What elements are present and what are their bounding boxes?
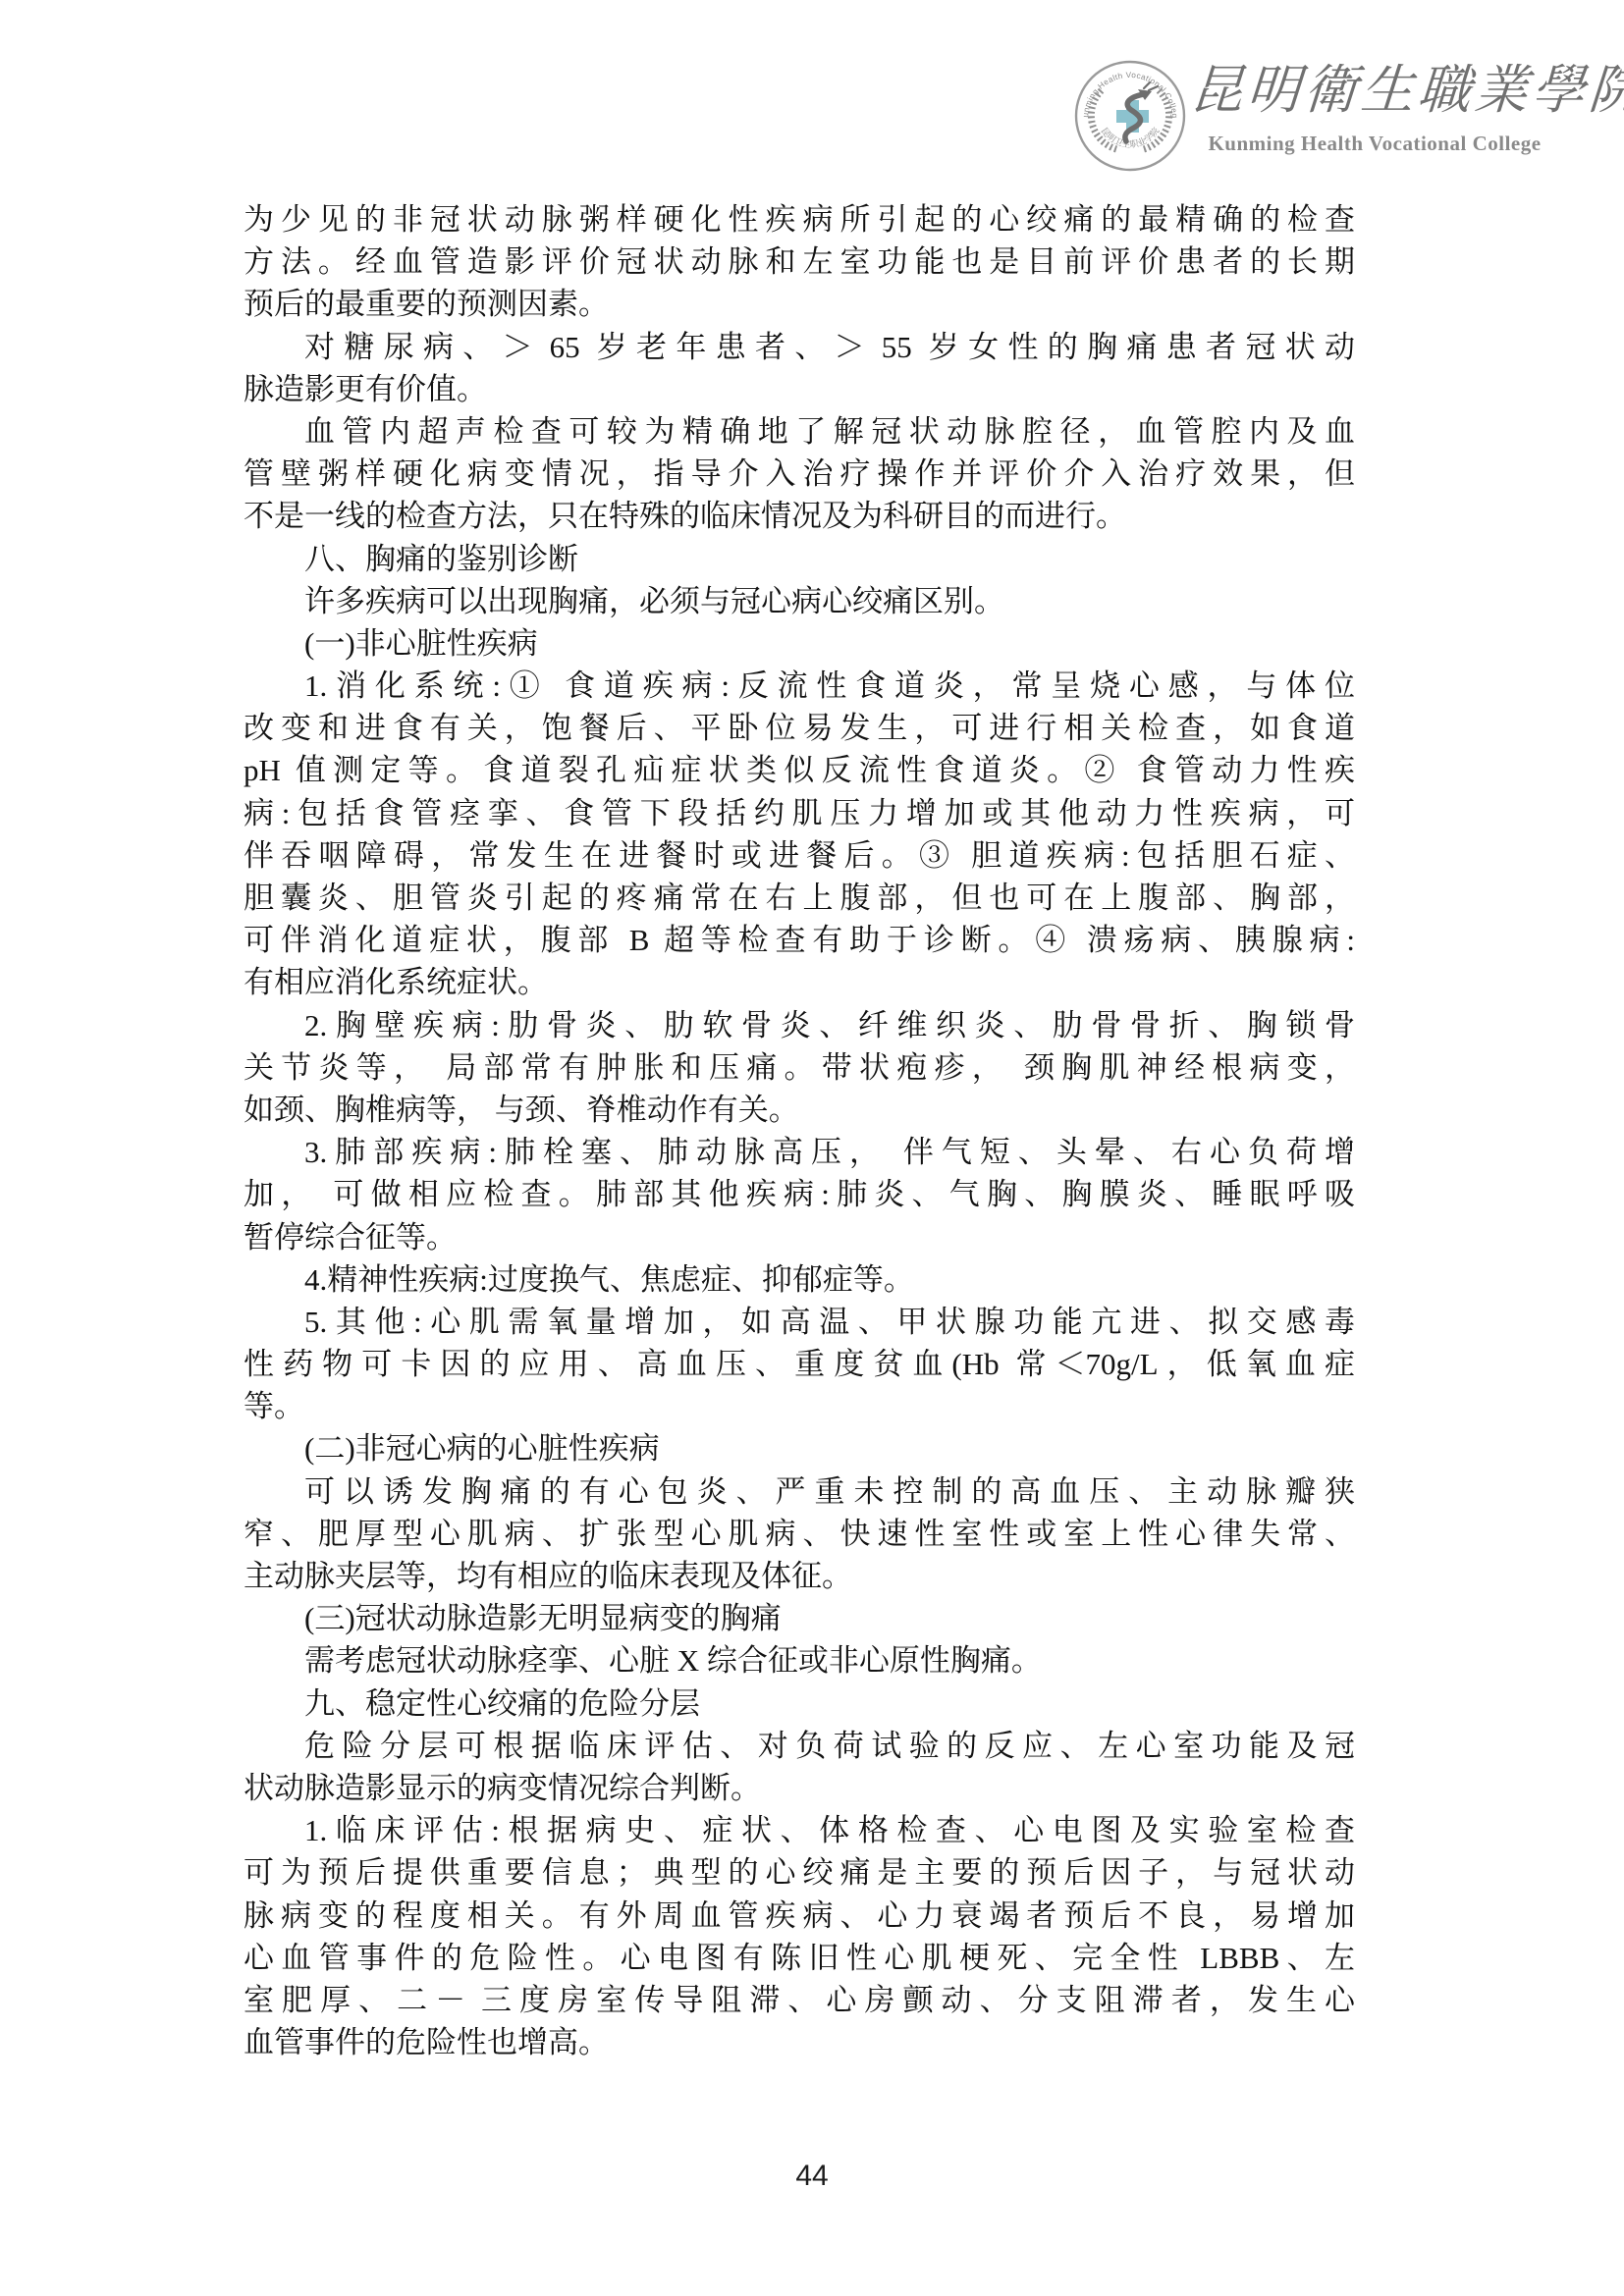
text-line: 为少见的非冠状动脉粥样硬化性疾病所引起的心绞痛的最精确的检查 [244, 198, 1355, 240]
document-page: Kunming Health Vocational College 昆明卫生职业… [0, 0, 1624, 2296]
text-line: 脉病变的程度相关。有外周血管疾病、心力衰竭者预后不良，易增加 [244, 1895, 1355, 1937]
text-line: 方法。经血管造影评价冠状动脉和左室功能也是目前评价患者的长期 [244, 240, 1355, 283]
college-name-en: Kunming Health Vocational College [1190, 132, 1559, 156]
college-name-zh: 昆明衛生職業學院 [1187, 51, 1562, 130]
text-line: 性药物可卡因的应用、高血压、重度贫血(Hb 常＜70g/L，低氧血症 [244, 1343, 1355, 1385]
college-name-block: 昆明衛生職業學院 Kunming Health Vocational Colle… [1190, 51, 1559, 156]
text-line: 预后的最重要的预测因素。 [244, 283, 1355, 325]
text-line: 血管事件的危险性也增高。 [244, 2021, 1355, 2063]
text-line: 关节炎等， 局部常有肿胀和压痛。带状疱疹， 颈胸肌神经根病变， [244, 1046, 1355, 1089]
text-line: 状动脉造影显示的病变情况综合判断。 [244, 1767, 1355, 1809]
text-line: 1.临床评估:根据病史、症状、体格检查、心电图及实验室检查 [244, 1809, 1355, 1851]
college-seal-icon: Kunming Health Vocational College 昆明卫生职业… [1073, 59, 1187, 173]
text-line: 不是一线的检查方法，只在特殊的临床情况及为科研目的而进行。 [244, 495, 1355, 537]
text-line: 5.其他:心肌需氧量增加，如高温、甲状腺功能亢进、拟交感毒 [244, 1301, 1355, 1343]
text-line: 室肥厚、二－ 三度房室传导阻滞、心房颤动、分支阻滞者，发生心 [244, 1979, 1355, 2021]
page-footer: 44 [0, 2160, 1624, 2193]
text-line: pH 值测定等。食道裂孔疝症状类似反流性食道炎。② 食管动力性疾 [244, 749, 1355, 791]
text-line: 暂停综合征等。 [244, 1216, 1355, 1258]
text-line: 脉造影更有价值。 [244, 368, 1355, 410]
text-line: 需考虑冠状动脉痉挛、心脏 X 综合征或非心原性胸痛。 [244, 1639, 1355, 1682]
text-line: 许多疾病可以出现胸痛，必须与冠心病心绞痛区别。 [244, 580, 1355, 622]
text-line: (二)非冠心病的心脏性疾病 [244, 1427, 1355, 1469]
page-number: 44 [795, 2160, 828, 2192]
text-line: 伴吞咽障碍，常发生在进餐时或进餐后。③ 胆道疾病:包括胆石症、 [244, 834, 1355, 877]
text-line: 主动脉夹层等，均有相应的临床表现及体征。 [244, 1555, 1355, 1597]
text-line: 可为预后提供重要信息；典型的心绞痛是主要的预后因子，与冠状动 [244, 1851, 1355, 1894]
text-line: 病:包括食管痉挛、食管下段括约肌压力增加或其他动力性疾病，可 [244, 792, 1355, 834]
text-line: 可以诱发胸痛的有心包炎、严重未控制的高血压、主动脉瓣狭 [244, 1470, 1355, 1513]
text-line: 如颈、胸椎病等， 与颈、脊椎动作有关。 [244, 1089, 1355, 1131]
text-line: 危险分层可根据临床评估、对负荷试验的反应、左心室功能及冠 [244, 1725, 1355, 1767]
text-line: 1.消化系统:① 食道疾病:反流性食道炎，常呈烧心感，与体位 [244, 665, 1355, 707]
text-line: (三)冠状动脉造影无明显病变的胸痛 [244, 1597, 1355, 1639]
college-seal-logo: Kunming Health Vocational College 昆明卫生职业… [1073, 59, 1187, 173]
page-header: Kunming Health Vocational College 昆明卫生职业… [0, 0, 1624, 196]
text-line: 对糖尿病、＞ 65 岁老年患者、＞ 55 岁女性的胸痛患者冠状动 [244, 326, 1355, 368]
text-line: 管壁粥样硬化病变情况，指导介入治疗操作并评价介入治疗效果，但 [244, 453, 1355, 495]
text-line: 胆囊炎、胆管炎引起的疼痛常在右上腹部，但也可在上腹部、胸部， [244, 877, 1355, 919]
text-line: 血管内超声检查可较为精确地了解冠状动脉腔径，血管腔内及血 [244, 410, 1355, 453]
text-line: 窄、肥厚型心肌病、扩张型心肌病、快速性室性或室上性心律失常、 [244, 1513, 1355, 1555]
text-line: 可伴消化道症状，腹部 B 超等检查有助于诊断。④ 溃疡病、胰腺病: [244, 919, 1355, 961]
text-line: 4.精神性疾病:过度换气、焦虑症、抑郁症等。 [244, 1258, 1355, 1301]
text-line: 八、胸痛的鉴别诊断 [244, 538, 1355, 580]
text-line: 改变和进食有关，饱餐后、平卧位易发生，可进行相关检查，如食道 [244, 707, 1355, 749]
text-line: (一)非心脏性疾病 [244, 622, 1355, 665]
text-line: 有相应消化系统症状。 [244, 961, 1355, 1003]
text-line: 3.肺部疾病:肺栓塞、肺动脉高压， 伴气短、头晕、右心负荷增 [244, 1131, 1355, 1173]
text-line: 加， 可做相应检查。肺部其他疾病:肺炎、气胸、胸膜炎、睡眠呼吸 [244, 1173, 1355, 1215]
text-line: 心血管事件的危险性。心电图有陈旧性心肌梗死、完全性 LBBB、左 [244, 1937, 1355, 1979]
document-body: 为少见的非冠状动脉粥样硬化性疾病所引起的心绞痛的最精确的检查方法。经血管造影评价… [244, 198, 1355, 2063]
text-line: 九、稳定性心绞痛的危险分层 [244, 1682, 1355, 1725]
text-line: 2.胸壁疾病:肋骨炎、肋软骨炎、纤维织炎、肋骨骨折、胸锁骨 [244, 1004, 1355, 1046]
text-line: 等。 [244, 1385, 1355, 1427]
